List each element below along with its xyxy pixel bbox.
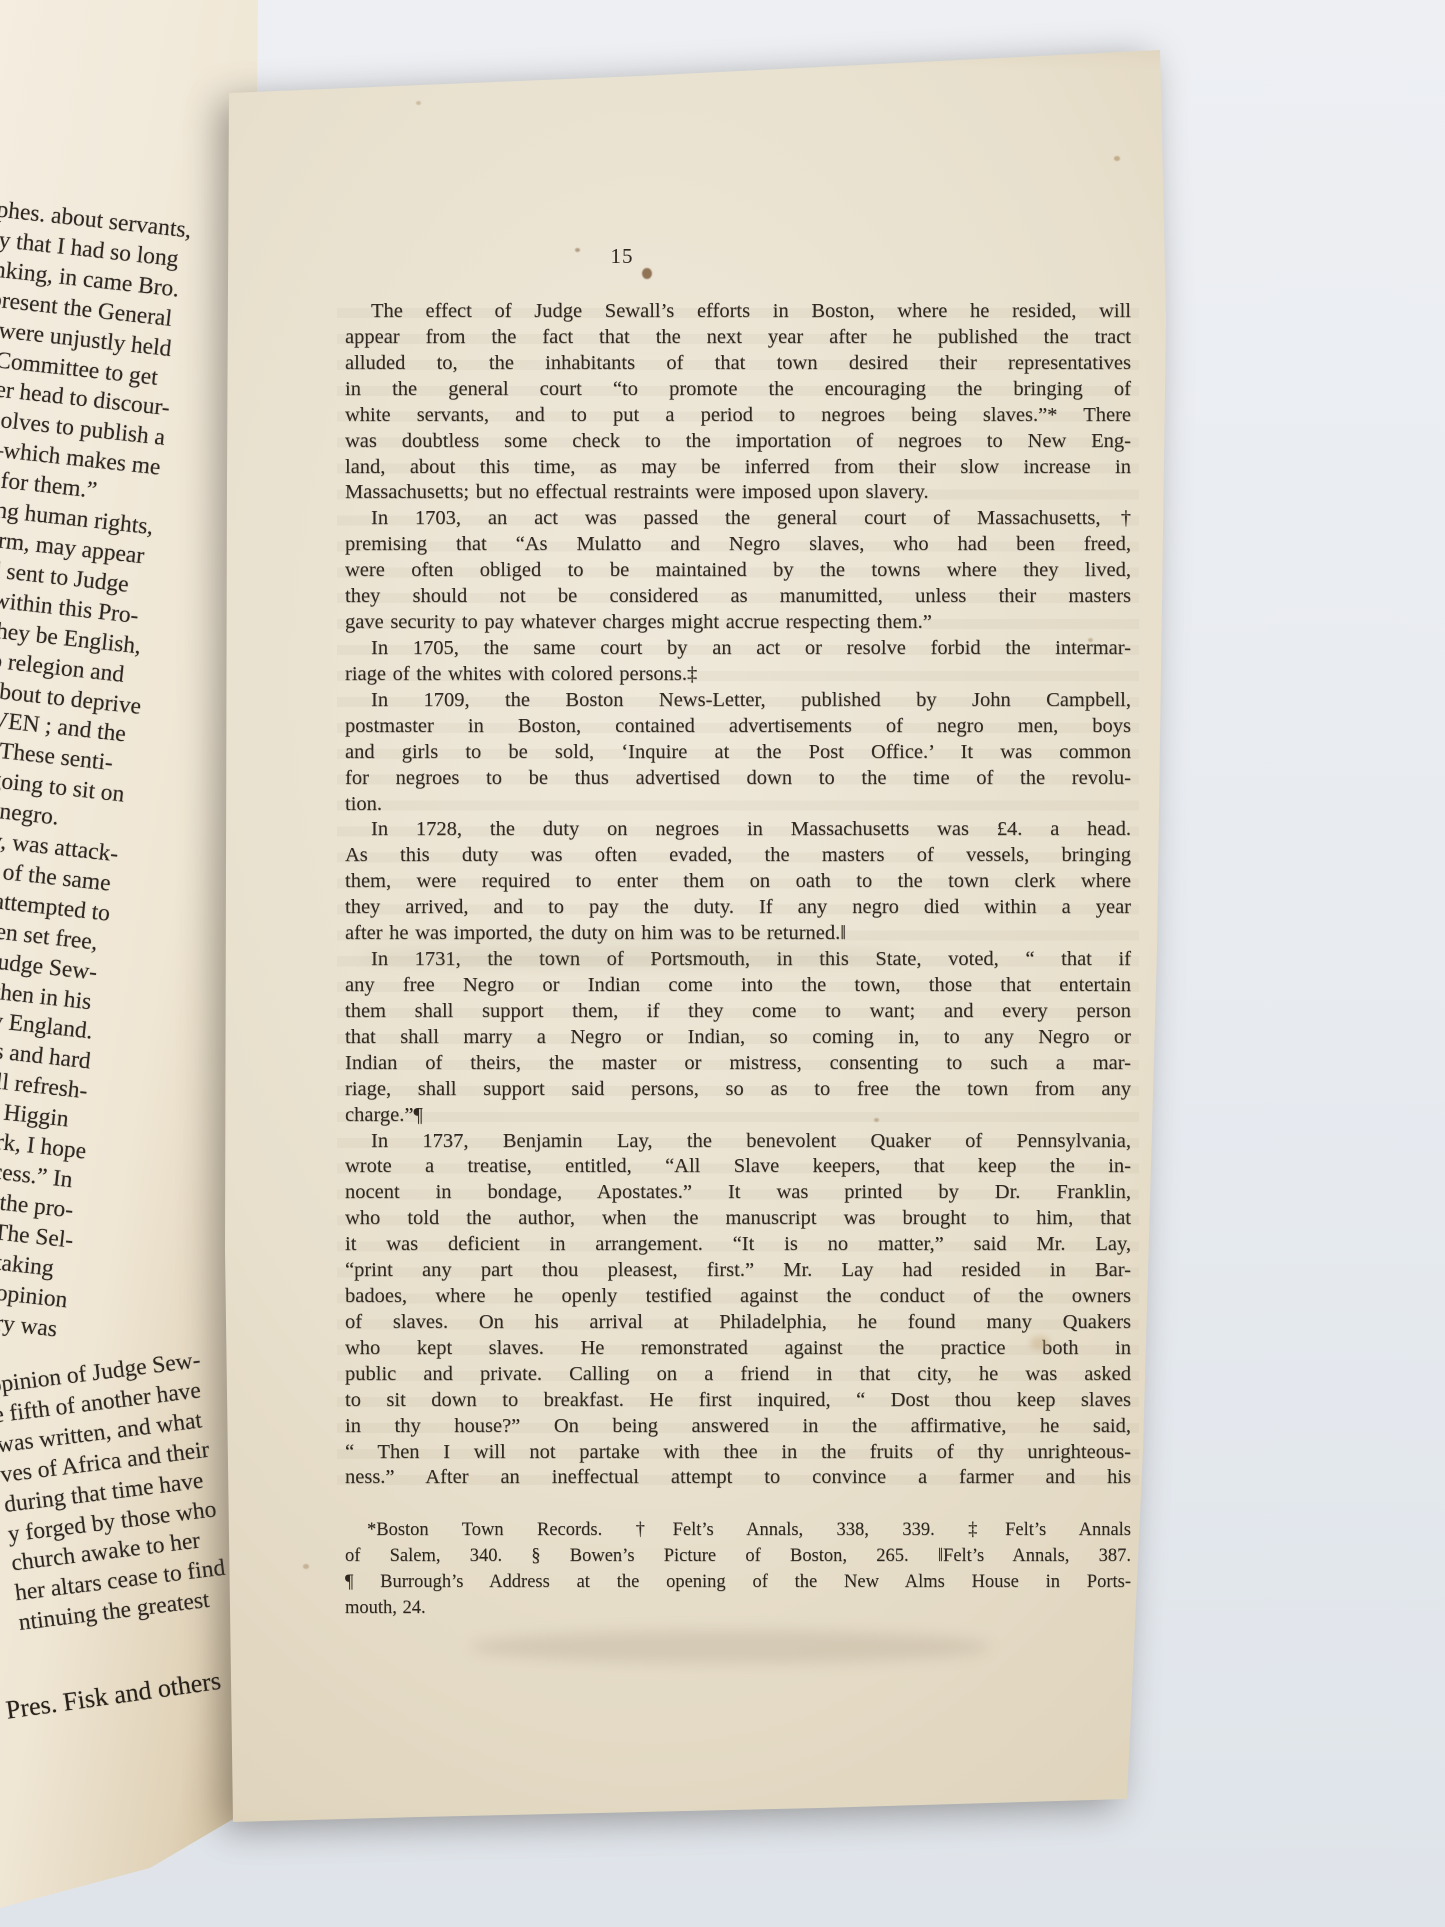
text-line: public and private. Calling on a friend … xyxy=(345,1362,1131,1388)
page-number: 15 xyxy=(537,244,707,269)
text-line: to sit down to breakfast. He first inqui… xyxy=(345,1388,1131,1414)
text-line: appear from the fact that the next year … xyxy=(345,325,1131,351)
text-line: ¶ Burrough’s Address at the opening of t… xyxy=(345,1569,1131,1595)
right-book-page: 15 The effect of Judge Sewall’s efforts … xyxy=(0,0,1445,1927)
text-line: In 1703, an act was passed the general c… xyxy=(345,506,1131,532)
foxing-spot xyxy=(1114,156,1120,161)
text-line: charge.”¶ xyxy=(345,1103,1131,1129)
text-line: riage of the whites with colored persons… xyxy=(345,662,1131,688)
text-line: who kept slaves. He remonstrated against… xyxy=(345,1336,1131,1362)
text-line: them shall support them, if they come to… xyxy=(345,999,1131,1025)
text-line: nocent in bondage, Apostates.” It was pr… xyxy=(345,1180,1131,1206)
text-line: alluded to, the inhabitants of that town… xyxy=(345,351,1131,377)
text-line: in the general court “to promote the enc… xyxy=(345,377,1131,403)
text-line: who told the author, when the manuscript… xyxy=(345,1206,1131,1232)
text-line: tion. xyxy=(345,792,1131,818)
text-line: them, were required to enter them on oat… xyxy=(345,869,1131,895)
text-line: Indian of theirs, the master or mistress… xyxy=(345,1051,1131,1077)
footnotes: *Boston Town Records. †Felt’s Annals, 33… xyxy=(345,1517,1131,1621)
text-line: they arrived, and to pay the duty. If an… xyxy=(345,895,1131,921)
text-line: white servants, and to put a period to n… xyxy=(345,403,1131,429)
text-line: Massachusetts; but no effectual restrain… xyxy=(345,480,1131,506)
text-line: of slaves. On his arrival at Philadelphi… xyxy=(345,1310,1131,1336)
text-line: In 1731, the town of Portsmouth, in this… xyxy=(345,947,1131,973)
body-text: The effect of Judge Sewall’s efforts in … xyxy=(345,299,1131,1491)
text-line: for negroes to be thus advertised down t… xyxy=(345,766,1131,792)
text-line: In 1737, Benjamin Lay, the benevolent Qu… xyxy=(345,1129,1131,1155)
text-line: badoes, where he openly testified agains… xyxy=(345,1284,1131,1310)
text-line: As this duty was often evaded, the maste… xyxy=(345,843,1131,869)
foxing-spot xyxy=(642,268,652,279)
text-line: was doubtless some check to the importat… xyxy=(345,429,1131,455)
text-line: it was deficient in arrangement. “It is … xyxy=(345,1232,1131,1258)
ink-smudge xyxy=(470,1630,990,1664)
text-line: wrote a treatise, entitled, “All Slave k… xyxy=(345,1154,1131,1180)
text-line: riage, shall support said persons, so as… xyxy=(345,1077,1131,1103)
right-page-shadow-wrap: 15 The effect of Judge Sewall’s efforts … xyxy=(0,0,1445,1927)
text-line: ness.” After an ineffectual attempt to c… xyxy=(345,1465,1131,1491)
text-line: of Salem, 340. § Bowen’s Picture of Bost… xyxy=(345,1543,1131,1569)
text-line: gave security to pay whatever charges mi… xyxy=(345,610,1131,636)
book-photo: Ephes. about servants,asy that I had so … xyxy=(0,0,1445,1927)
text-line: in thy house?” On being answered in the … xyxy=(345,1414,1131,1440)
text-line: and girls to be sold, ‘Inquire at the Po… xyxy=(345,740,1131,766)
text-line: mouth, 24. xyxy=(345,1595,1131,1621)
text-line: they should not be considered as manumit… xyxy=(345,584,1131,610)
text-line: that shall marry a Negro or Indian, so c… xyxy=(345,1025,1131,1051)
text-line: land, about this time, as may be inferre… xyxy=(345,455,1131,481)
foxing-spot xyxy=(303,1564,309,1569)
text-line: In 1705, the same court by an act or res… xyxy=(345,636,1131,662)
text-line: premising that “As Mulatto and Negro sla… xyxy=(345,532,1131,558)
text-line: “print any part thou pleasest, first.” M… xyxy=(345,1258,1131,1284)
text-line: were often obliged to be maintained by t… xyxy=(345,558,1131,584)
text-line: after he was imported, the duty on him w… xyxy=(345,921,1131,947)
text-line: In 1709, the Boston News-Letter, publish… xyxy=(345,688,1131,714)
text-line: *Boston Town Records. †Felt’s Annals, 33… xyxy=(345,1517,1131,1543)
text-line: any free Negro or Indian come into the t… xyxy=(345,973,1131,999)
text-line: The effect of Judge Sewall’s efforts in … xyxy=(345,299,1131,325)
text-line: postmaster in Boston, contained advertis… xyxy=(345,714,1131,740)
text-line: In 1728, the duty on negroes in Massachu… xyxy=(345,817,1131,843)
foxing-spot xyxy=(416,101,421,105)
text-line: “ Then I will not partake with thee in t… xyxy=(345,1440,1131,1466)
